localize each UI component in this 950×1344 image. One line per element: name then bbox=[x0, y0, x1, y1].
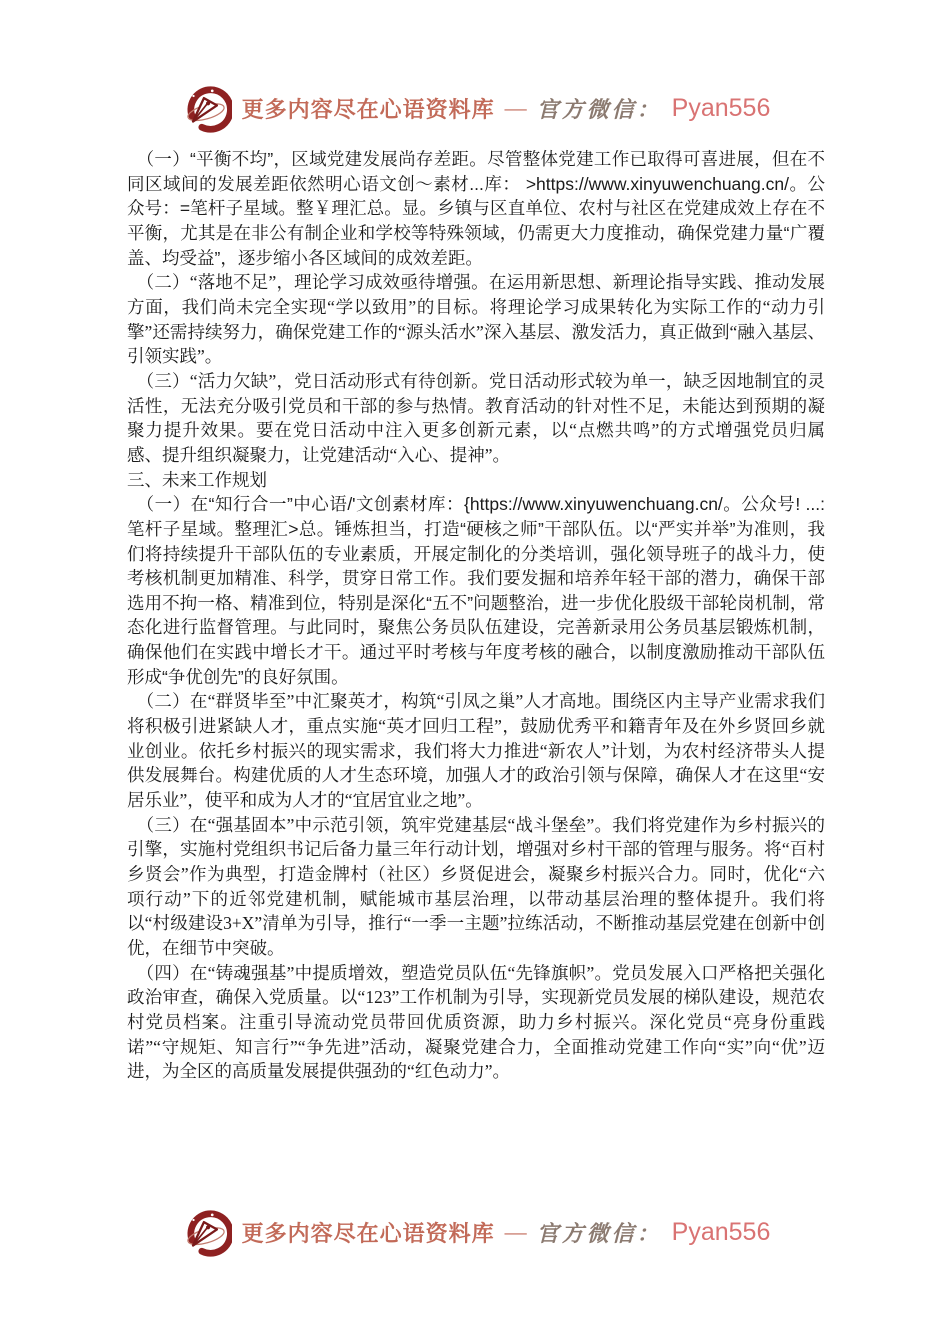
document-body: （一）“平衡不均”，区域党建发展尚存差距。尽管整体党建工作已取得可喜进展，但在不… bbox=[127, 147, 825, 1084]
banner-text-main: 更多内容尽在心语资料库 bbox=[242, 93, 495, 124]
banner-dash: — bbox=[505, 95, 527, 121]
paragraph-issue-2: （二）“落地不足”，理论学习成效亟待增强。在运用新思想、新理论指导实践、推动发展… bbox=[127, 270, 825, 369]
paragraph-issue-1: （一）“平衡不均”，区域党建发展尚存差距。尽管整体党建工作已取得可喜进展，但在不… bbox=[127, 147, 825, 270]
banner-dash: — bbox=[505, 1219, 527, 1245]
paragraph-issue-3: （三）“活力欠缺”，党日活动形式有待创新。党日活动形式较为单一，缺乏因地制宜的灵… bbox=[127, 369, 825, 468]
paragraph-plan-3: （三）在“强基固本”中示范引领，筑牢党建基层“战斗堡垒”。我们将党建作为乡村振兴… bbox=[127, 813, 825, 961]
pen-circle-logo-icon bbox=[180, 82, 232, 134]
paragraph-plan-1: （一）在“知行合一”中心语/'文创素材库：{https://www.xinyuw… bbox=[127, 492, 825, 689]
pen-circle-logo-icon bbox=[180, 1206, 232, 1258]
banner-wechat-id: Pyan556 bbox=[672, 94, 771, 123]
banner-text-wechat-label: 官方微信： bbox=[537, 93, 662, 124]
paragraph-plan-2: （二）在“群贤毕至”中汇聚英才，构筑“引凤之巢”人才高地。围绕区内主导产业需求我… bbox=[127, 689, 825, 812]
document-page: 更多内容尽在心语资料库—官方微信： Pyan556 （一）“平衡不均”，区域党建… bbox=[0, 0, 950, 1344]
footer-banner: 更多内容尽在心语资料库—官方微信： Pyan556 bbox=[0, 1206, 950, 1258]
banner-text-wechat-label: 官方微信： bbox=[537, 1217, 662, 1248]
section-heading-future-plans: 三、未来工作规划 bbox=[127, 468, 825, 493]
header-banner: 更多内容尽在心语资料库—官方微信： Pyan556 bbox=[0, 82, 950, 134]
paragraph-plan-4: （四）在“铸魂强基”中提质增效，塑造党员队伍“先锋旗帜”。党员发展入口严格把关强… bbox=[127, 961, 825, 1084]
banner-text-main: 更多内容尽在心语资料库 bbox=[242, 1217, 495, 1248]
banner-wechat-id: Pyan556 bbox=[672, 1218, 771, 1247]
